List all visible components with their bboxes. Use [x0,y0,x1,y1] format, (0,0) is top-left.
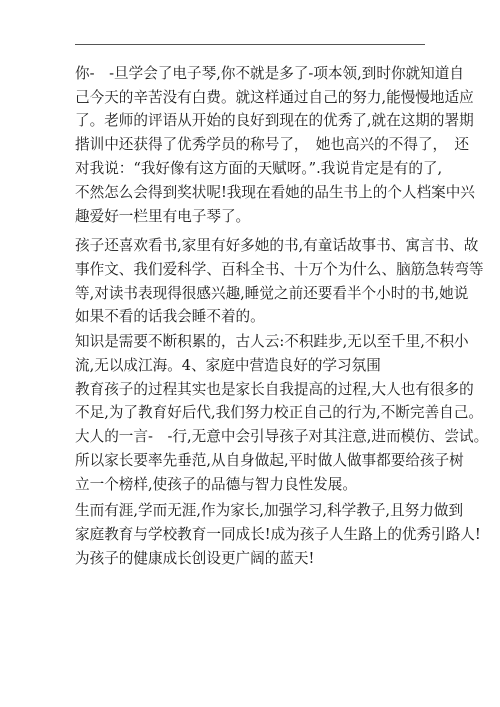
text-line: 生而有涯,学而无涯,作为家长,加强学习,科学教子,且努力做到 [75,501,435,521]
text-line: 己今天的辛苦没有白费。就这样通过自己的努力,能慢慢地适应 [75,88,435,108]
text-line: 了。老师的评语从开始的良好到现在的优秀了,就在这期的署期 [75,111,435,131]
text-line: 教育孩子的过程其实也是家长自我提高的过程,大人也有很多的 [75,380,435,400]
text-line: 流,无以成江海。4、家庭中营造良好的学习氛围 [75,356,435,376]
text-line: 知识是需要不断积累的，古人云:不积跬步,无以至千里,不积小 [75,332,435,352]
text-line: 事作文、我们爱科学、百科全书、十万个为什么、脑筋急转弯等 [75,260,435,280]
text-line: 孩子还喜欢看书,家里有好多她的书,有童话故事书、寓言书、故 [75,236,435,256]
text-line: 不然怎么会得到奖状呢!我现在看她的品生书上的个人档案中兴 [75,183,435,203]
text-line: 立一个榜样,使孩子的品德与智力良性发展。 [75,475,435,495]
header-rule [75,44,425,45]
text-line: 如果不看的话我会睡不着的。 [75,307,435,327]
text-line: 你- -旦学会了电子琴,你不就是多了-项本领,到时你就知道自 [75,64,435,84]
text-line: 等,对读书表现得很感兴趣,睡觉之前还要看半个小时的书,她说 [75,284,435,304]
text-line: 大人的一言- -行,无意中会引导孩子对其注意,进而模仿、尝试。 [75,427,435,447]
text-line: 不足,为了教育好后代,我们努力校正自己的行为,不断完善自己。 [75,403,435,423]
text-line: 所以家长要率先垂范,从自身做起,平时做人做事都要给孩子树 [75,451,435,471]
text-line: 家庭教育与学校教育一同成长!成为孩子人生路上的优秀引路人! [75,525,435,545]
text-line: 为孩子的健康成长创设更广阔的蓝天! [75,549,435,569]
text-line: 揩训中还获得了优秀学员的称号了， 她也高兴的不得了， 还 [75,135,435,155]
text-line: 对我说：“我好像有这方面的天赋呀。”.我说肯定是有的了, [75,159,435,179]
text-line: 趣爱好一栏里有电子琴了。 [75,207,435,227]
